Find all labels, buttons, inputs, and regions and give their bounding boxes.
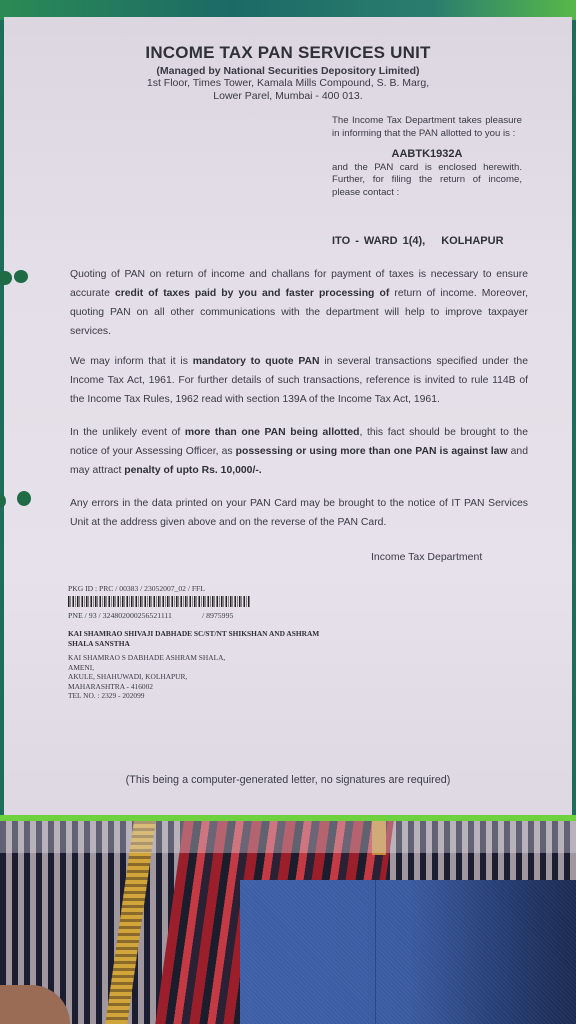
plastic-sleeve [0, 821, 576, 853]
address-line: MAHARASHTRA - 416002 [68, 682, 328, 692]
pan-number: AABTK1932A [332, 148, 522, 161]
emphasis: possessing or using more than one PAN is… [236, 446, 508, 457]
paragraph-duplicate-pan: In the unlikely event of more than one P… [70, 423, 528, 480]
letterhead-managed-by: (Managed by National Securities Deposito… [4, 65, 572, 77]
punch-hole-icon [0, 495, 6, 507]
punch-hole-icon [14, 270, 28, 283]
pne-ref: PNE / 93 / 324802000256521111 [68, 611, 172, 620]
assessing-ward: ITO - WARD 1(4), [332, 235, 425, 247]
pan-notice: The Income Tax Department takes pleasure… [332, 115, 522, 199]
assessing-office: ITO - WARD 1(4),KOLHAPUR [332, 235, 504, 247]
pne-reference: PNE / 93 / 324802000256521111/ 8975995 [68, 611, 233, 620]
assessing-city: KOLHAPUR [441, 235, 503, 247]
paragraph-mandatory-pan: We may inform that it is mandatory to qu… [70, 352, 528, 409]
barcode-icon [68, 596, 250, 607]
address-line: AMENI, [68, 663, 328, 673]
pan-notice-intro: The Income Tax Department takes pleasure… [332, 115, 522, 140]
text: In the unlikely event of [70, 427, 185, 438]
emphasis: penalty of upto Rs. 10,000/-. [124, 465, 261, 476]
letterhead-address-line: Lower Parel, Mumbai - 400 013. [4, 90, 572, 103]
recipient-address: KAI SHAMRAO S DABHADE ASHRAM SHALA, AMEN… [68, 653, 328, 701]
punch-hole-icon [0, 271, 12, 285]
pne-code: / 8975995 [202, 611, 233, 620]
text: We may inform that it is [70, 356, 193, 367]
emphasis: credit of taxes paid by you and faster p… [115, 288, 389, 299]
recipient-organization: KAI SHAMRAO SHIVAJI DABHADE SC/ST/NT SHI… [68, 629, 328, 649]
paragraph-quoting-pan: Quoting of PAN on return of income and c… [70, 265, 528, 341]
letterhead-title: INCOME TAX PAN SERVICES UNIT [4, 43, 572, 63]
address-line: AKULE, SHAHUWADI, KOLHAPUR, [68, 672, 328, 682]
paragraph-errors: Any errors in the data printed on your P… [70, 494, 528, 532]
letterhead-address-line: 1st Floor, Times Tower, Kamala Mills Com… [4, 77, 572, 90]
pan-notice-followup: and the PAN card is enclosed herewith. F… [332, 162, 522, 200]
package-id: PKG ID : PRC / 00383 / 23052007_02 / FFL [68, 584, 205, 593]
emphasis: more than one PAN being allotted [185, 427, 360, 438]
emphasis: mandatory to quote PAN [193, 356, 320, 367]
pan-allotment-letter: INCOME TAX PAN SERVICES UNIT (Managed by… [4, 17, 572, 815]
address-line: TEL NO. : 2329 - 202099 [68, 691, 328, 701]
footer-note: (This being a computer-generated letter,… [4, 774, 572, 786]
punch-hole-icon [17, 491, 31, 506]
background-denim [240, 880, 576, 1024]
address-line: KAI SHAMRAO S DABHADE ASHRAM SHALA, [68, 653, 328, 663]
signoff: Income Tax Department [371, 551, 482, 563]
denim-seam [375, 880, 376, 1024]
letterhead: INCOME TAX PAN SERVICES UNIT (Managed by… [4, 43, 572, 103]
